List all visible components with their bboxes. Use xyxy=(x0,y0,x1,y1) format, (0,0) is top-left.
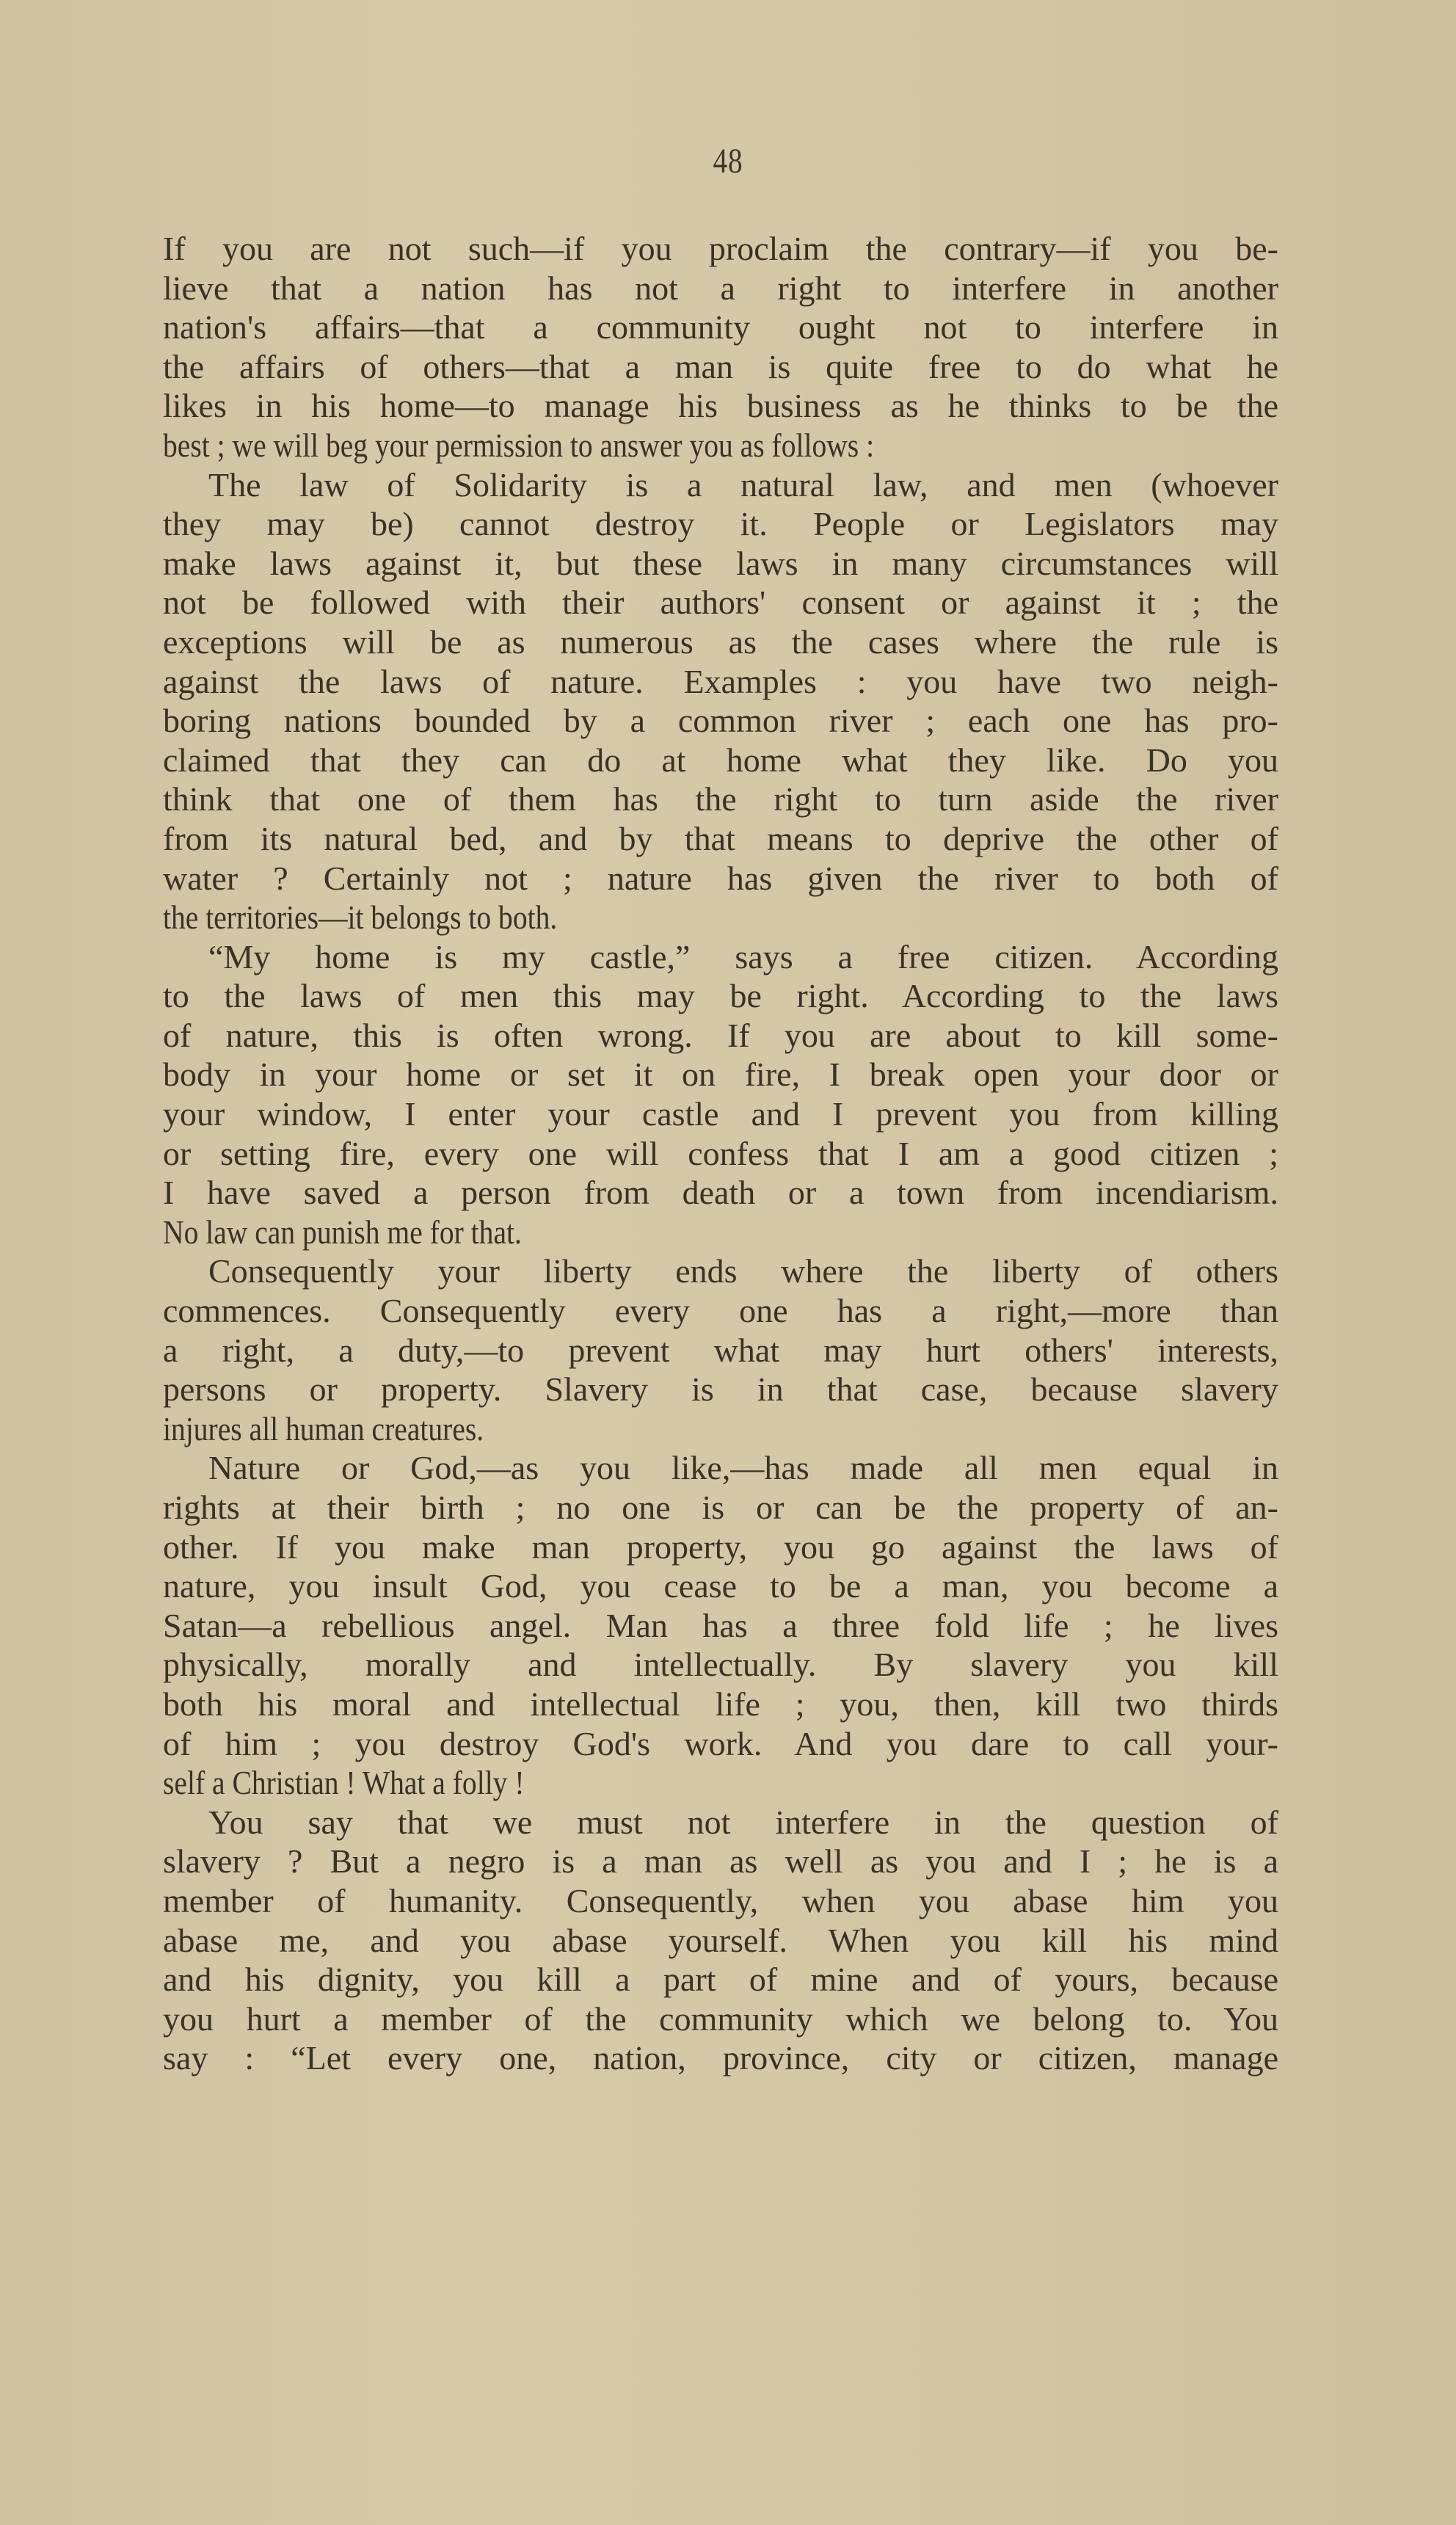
text-line: the affairs of others—that a man is quit… xyxy=(163,347,1278,387)
text-line-content: say : “Let every one, nation, province, … xyxy=(163,2038,1278,2078)
text-line-content: of nature, this is often wrong. If you a… xyxy=(163,1016,1278,1056)
text-line: Nature or God,—as you like,—has made all… xyxy=(163,1448,1278,1488)
text-line: lieve that a nation has not a right to i… xyxy=(163,269,1278,308)
text-line-content: not be followed with their authors' cons… xyxy=(163,583,1278,622)
text-line-content: and his dignity, you kill a part of mine… xyxy=(163,1960,1278,1999)
text-line: claimed that they can do at home what th… xyxy=(163,741,1278,780)
text-line: self a Christian ! What a folly ! xyxy=(163,1763,1278,1803)
text-line: Satan—a rebellious angel. Man has a thre… xyxy=(163,1606,1278,1646)
text-line-content: physically, morally and intellectually. … xyxy=(163,1645,1278,1685)
text-line-content: rights at their birth ; no one is or can… xyxy=(163,1488,1278,1527)
text-line-content: make laws against it, but these laws in … xyxy=(163,544,1278,584)
text-line-content: boring nations bounded by a common river… xyxy=(163,701,1278,741)
text-line: and his dignity, you kill a part of mine… xyxy=(163,1960,1278,1999)
text-line: your window, I enter your castle and I p… xyxy=(163,1094,1278,1134)
text-line: water ? Certainly not ; nature has given… xyxy=(163,859,1278,898)
text-line-content: I have saved a person from death or a to… xyxy=(163,1173,1278,1213)
text-line: No law can punish me for that. xyxy=(163,1213,1278,1252)
text-line: commences. Consequently every one has a … xyxy=(163,1291,1278,1331)
text-line: Consequently your liberty ends where the… xyxy=(163,1251,1278,1291)
text-line: slavery ? But a negro is a man as well a… xyxy=(163,1842,1278,1881)
text-line-content: a right, a duty,—to prevent what may hur… xyxy=(163,1331,1278,1370)
text-line: think that one of them has the right to … xyxy=(163,780,1278,819)
text-line: both his moral and intellectual life ; y… xyxy=(163,1685,1278,1724)
text-line-content: exceptions will be as numerous as the ca… xyxy=(163,622,1278,662)
text-line: make laws against it, but these laws in … xyxy=(163,544,1278,584)
text-line: You say that we must not interfere in th… xyxy=(163,1803,1278,1842)
text-line-content: member of humanity. Consequently, when y… xyxy=(163,1881,1278,1921)
text-line: a right, a duty,—to prevent what may hur… xyxy=(163,1331,1278,1370)
text-line: persons or property. Slavery is in that … xyxy=(163,1370,1278,1409)
text-line: they may be) cannot destroy it. People o… xyxy=(163,504,1278,544)
text-line-content: your window, I enter your castle and I p… xyxy=(163,1094,1278,1134)
text-line: exceptions will be as numerous as the ca… xyxy=(163,622,1278,662)
book-page: 48 If you are not such—if you proclaim t… xyxy=(0,0,1456,2525)
text-line: the territories—it belongs to both. xyxy=(163,898,1278,937)
text-line-content: they may be) cannot destroy it. People o… xyxy=(163,504,1278,544)
text-line: or setting fire, every one will confess … xyxy=(163,1134,1278,1174)
text-line-content: to the laws of men this may be right. Ac… xyxy=(163,976,1278,1016)
text-line: injures all human creatures. xyxy=(163,1409,1278,1449)
text-line: “My home is my castle,” says a free citi… xyxy=(163,937,1278,977)
text-line: body in your home or set it on fire, I b… xyxy=(163,1055,1278,1094)
text-line: of him ; you destroy God's work. And you… xyxy=(163,1724,1278,1764)
text-line-content: You say that we must not interfere in th… xyxy=(208,1803,1278,1842)
text-line: rights at their birth ; no one is or can… xyxy=(163,1488,1278,1527)
text-line-content: persons or property. Slavery is in that … xyxy=(163,1370,1278,1409)
text-line-content: best ; we will beg your permission to an… xyxy=(163,426,874,465)
text-line: against the laws of nature. Examples : y… xyxy=(163,662,1278,702)
text-line-content: If you are not such—if you proclaim the … xyxy=(163,229,1278,269)
text-line-content: commences. Consequently every one has a … xyxy=(163,1291,1278,1331)
text-line-content: other. If you make man property, you go … xyxy=(163,1527,1278,1567)
text-line: The law of Solidarity is a natural law, … xyxy=(163,465,1278,505)
text-line: I have saved a person from death or a to… xyxy=(163,1173,1278,1213)
text-line: other. If you make man property, you go … xyxy=(163,1527,1278,1567)
text-line-content: “My home is my castle,” says a free citi… xyxy=(208,937,1278,977)
text-line-content: abase me, and you abase yourself. When y… xyxy=(163,1921,1278,1961)
text-line-content: Satan—a rebellious angel. Man has a thre… xyxy=(163,1606,1278,1646)
text-line: from its natural bed, and by that means … xyxy=(163,819,1278,859)
text-line-content: think that one of them has the right to … xyxy=(163,780,1278,819)
text-line-content: both his moral and intellectual life ; y… xyxy=(163,1685,1278,1724)
text-line-content: injures all human creatures. xyxy=(163,1409,484,1449)
text-line-content: slavery ? But a negro is a man as well a… xyxy=(163,1842,1278,1881)
text-line-content: the territories—it belongs to both. xyxy=(163,898,557,937)
text-line: not be followed with their authors' cons… xyxy=(163,583,1278,622)
text-line-content: The law of Solidarity is a natural law, … xyxy=(208,465,1278,505)
text-line-content: nature, you insult God, you cease to be … xyxy=(163,1566,1278,1606)
text-line: you hurt a member of the community which… xyxy=(163,1999,1278,2039)
text-line: to the laws of men this may be right. Ac… xyxy=(163,976,1278,1016)
text-line: abase me, and you abase yourself. When y… xyxy=(163,1921,1278,1961)
text-line-content: lieve that a nation has not a right to i… xyxy=(163,269,1278,308)
text-line: boring nations bounded by a common river… xyxy=(163,701,1278,741)
text-line-content: of him ; you destroy God's work. And you… xyxy=(163,1724,1278,1764)
text-line: nature, you insult God, you cease to be … xyxy=(163,1566,1278,1606)
text-line: say : “Let every one, nation, province, … xyxy=(163,2038,1278,2078)
page-number: 48 xyxy=(131,141,1325,181)
text-line-content: No law can punish me for that. xyxy=(163,1213,522,1252)
text-line-content: Consequently your liberty ends where the… xyxy=(208,1251,1278,1291)
text-line: member of humanity. Consequently, when y… xyxy=(163,1881,1278,1921)
text-line-content: body in your home or set it on fire, I b… xyxy=(163,1055,1278,1094)
text-line-content: against the laws of nature. Examples : y… xyxy=(163,662,1278,702)
text-line-content: you hurt a member of the community which… xyxy=(163,1999,1278,2039)
text-line-content: likes in his home—to manage his business… xyxy=(163,386,1278,426)
text-line: likes in his home—to manage his business… xyxy=(163,386,1278,426)
body-text: If you are not such—if you proclaim the … xyxy=(163,229,1278,2078)
text-line: of nature, this is often wrong. If you a… xyxy=(163,1016,1278,1056)
text-line-content: Nature or God,—as you like,—has made all… xyxy=(208,1448,1278,1488)
text-line: best ; we will beg your permission to an… xyxy=(163,426,1278,465)
text-line-content: nation's affairs—that a community ought … xyxy=(163,308,1278,347)
text-line-content: claimed that they can do at home what th… xyxy=(163,741,1278,780)
text-line-content: or setting fire, every one will confess … xyxy=(163,1134,1278,1174)
text-line: nation's affairs—that a community ought … xyxy=(163,308,1278,347)
text-line-content: self a Christian ! What a folly ! xyxy=(163,1763,525,1803)
text-line: physically, morally and intellectually. … xyxy=(163,1645,1278,1685)
text-line-content: water ? Certainly not ; nature has given… xyxy=(163,859,1278,898)
text-line-content: from its natural bed, and by that means … xyxy=(163,819,1278,859)
text-line: If you are not such—if you proclaim the … xyxy=(163,229,1278,269)
text-line-content: the affairs of others—that a man is quit… xyxy=(163,347,1278,387)
